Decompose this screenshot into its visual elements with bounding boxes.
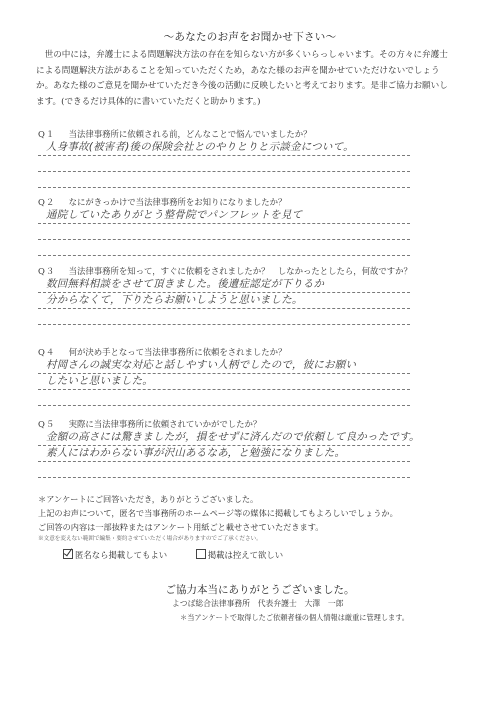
answer-line[interactable] bbox=[38, 390, 410, 406]
content-note: ご回答の内容は一部抜粋またはアンケート用紙ごと載せさせていただきます。 bbox=[38, 520, 468, 534]
question-block-4: Q４ 何が決め手となって当法律事務所に依頼をされましたか？ 村岡さんの誠実な対応… bbox=[38, 346, 410, 406]
question-block-3: Q３ 当法律事務所を知って，すぐに依頼をされましたか？ しなかったとしたら，何故… bbox=[38, 265, 410, 325]
answer-line[interactable]: 金額の高さには驚きましたが，損をせずに済んだので依頼して良かったです。 bbox=[38, 430, 410, 446]
handwritten-answer: 数回無料相談をさせて頂きました。後遺症認定が下りるか bbox=[46, 276, 324, 291]
answer-line[interactable]: 通院していたありがとう整骨院でパンフレットを見て bbox=[38, 208, 410, 224]
handwritten-answer: 分からなくて，下りたらお願いしようと思いました。 bbox=[46, 292, 303, 307]
question-block-1: Q１ 当法律事務所に依頼される前，どんなことで悩んでいましたか？ 人身事故(被害… bbox=[38, 128, 410, 188]
handwritten-answer: 通院していたありがとう整骨院でパンフレットを見て bbox=[46, 207, 302, 222]
intro-line: 世の中には，弁護士による問題解決方法の存在を知らない方が多くいらっしゃいます。そ… bbox=[36, 48, 466, 64]
answer-line[interactable]: 素人にはわからない事が沢山あるなあ，と勉強になりました。 bbox=[38, 446, 410, 462]
answer-line[interactable] bbox=[38, 462, 410, 478]
answer-line[interactable] bbox=[38, 156, 410, 172]
consent-options: 匿名なら掲載してもよい 掲載は控えて欲しい bbox=[38, 548, 468, 562]
answer-line[interactable] bbox=[38, 224, 410, 240]
handwritten-answer: 村岡さんの誠実な対応と話しやすい人柄でしたので，彼にお願い bbox=[46, 357, 356, 372]
closing-section: ＊アンケートにご回答いただき，ありがとうございました。 上記のお声について，匿名… bbox=[38, 492, 468, 562]
intro-line: ます。(できるだけ具体的に書いていただくと助かります。) bbox=[36, 95, 466, 111]
question-text: 何が決め手となって当法律事務所に依頼をされましたか？ bbox=[69, 347, 287, 357]
question-block-2: Q２ なにがきっかけで当法律事務所をお知りになりましたか？ 通院していたありがと… bbox=[38, 196, 410, 256]
intro-paragraph: 世の中には，弁護士による問題解決方法の存在を知らない方が多くいらっしゃいます。そ… bbox=[36, 48, 466, 110]
closing-thanks: ＊アンケートにご回答いただき，ありがとうございました。 bbox=[38, 492, 468, 506]
footer-thanks: ご協力本当にありがとうございました。 bbox=[0, 582, 500, 597]
answer-line[interactable]: 分からなくて，下りたらお願いしようと思いました。 bbox=[38, 293, 410, 309]
answer-line[interactable] bbox=[38, 240, 410, 256]
handwritten-answer: 人身事故(被害者)後の保険会社とのやりとりと示談金について。 bbox=[46, 139, 354, 154]
publish-question: 上記のお声について，匿名で当事務所のホームページ等の媒体に掲載してもよろしいでし… bbox=[38, 506, 468, 520]
answer-line[interactable]: 村岡さんの誠実な対応と話しやすい人柄でしたので，彼にお願い bbox=[38, 358, 410, 374]
question-text: 実際に当法律事務所に依頼されていかがでしたか？ bbox=[69, 419, 262, 429]
intro-line: による問題解決方法があることを知っていただくため，あなた様のお声を聞かせていただ… bbox=[36, 64, 466, 80]
page-title: 〜あなたのお声をお聞かせ下さい〜 bbox=[0, 29, 500, 44]
consent-option-anonymous[interactable]: 匿名なら掲載してもよい bbox=[63, 548, 167, 562]
question-text: なにがきっかけで当法律事務所をお知りになりましたか？ bbox=[69, 197, 287, 207]
question-block-5: Q５ 実際に当法律事務所に依頼されていかがでしたか？ 金額の高さには驚きましたが… bbox=[38, 418, 410, 478]
intro-line: か。あなた様のご意見を聞かせていただき今後の活動に反映したいと考えております。是… bbox=[36, 79, 466, 95]
firm-signature: よつば総合法律事務所 代表弁護士 大澤 一郎 bbox=[172, 598, 344, 609]
answer-line[interactable]: 人身事故(被害者)後の保険会社とのやりとりと示談金について。 bbox=[38, 140, 410, 156]
privacy-note: ＊当アンケートで取得したご依頼者様の個人情報は厳重に管理します。 bbox=[180, 613, 409, 623]
answer-line[interactable]: 数回無料相談をさせて頂きました。後遺症認定が下りるか bbox=[38, 277, 410, 293]
question-text: 当法律事務所を知って，すぐに依頼をされましたか？ しなかったとしたら，何故ですか… bbox=[69, 266, 412, 276]
consent-option-decline[interactable]: 掲載は控えて欲しい bbox=[196, 548, 283, 562]
handwritten-answer: 素人にはわからない事が沢山あるなあ，と勉強になりました。 bbox=[46, 445, 345, 460]
option-label: 掲載は控えて欲しい bbox=[208, 550, 283, 560]
checkbox-checked-icon[interactable] bbox=[63, 549, 73, 559]
checkbox-empty-icon[interactable] bbox=[196, 549, 206, 559]
answer-line[interactable]: したいと思いました。 bbox=[38, 374, 410, 390]
answer-line[interactable] bbox=[38, 309, 410, 325]
handwritten-answer: 金額の高さには驚きましたが，損をせずに済んだので依頼して良かったです。 bbox=[46, 429, 420, 444]
edit-note: ※文意を変えない範囲で編集・要約させていただく場合がありますのでご了承ください。 bbox=[38, 534, 468, 545]
question-text: 当法律事務所に依頼される前，どんなことで悩んでいましたか？ bbox=[69, 129, 312, 139]
handwritten-answer: したいと思いました。 bbox=[46, 373, 153, 388]
option-label: 匿名なら掲載してもよい bbox=[75, 550, 167, 560]
answer-line[interactable] bbox=[38, 172, 410, 188]
